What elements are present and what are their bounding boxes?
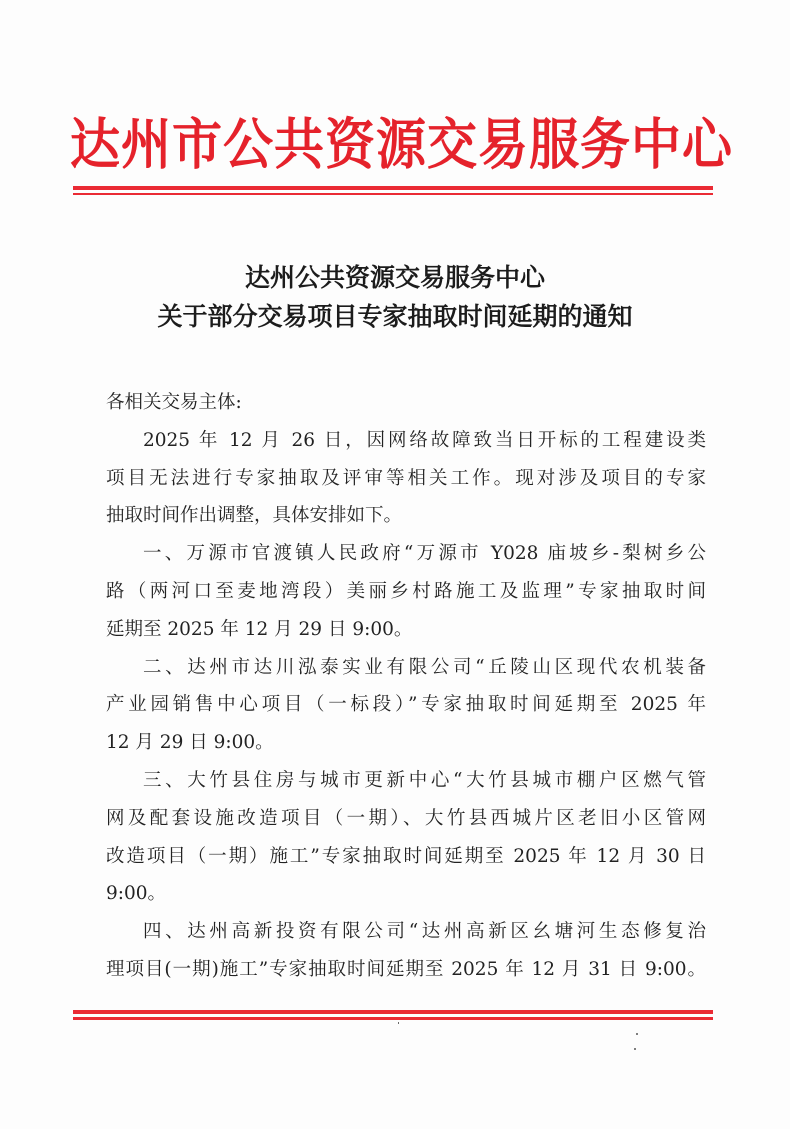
paragraph-line: 路（两河口至麦地湾段）美丽乡村路施工及监理”专家抽取时间	[106, 573, 706, 611]
masthead-org-name: 达州市公共资源交易服务中心	[70, 107, 720, 184]
scan-speck	[634, 1048, 636, 1050]
rule-thin-line	[73, 193, 713, 195]
paragraph-line: 9:00。	[106, 875, 706, 913]
intro-paragraph: 2025 年 12 月 26 日，因网络故障致当日开标的工程建设类 项目无法进行…	[106, 422, 706, 535]
notice-body: 各相关交易主体: 2025 年 12 月 26 日，因网络故障致当日开标的工程建…	[106, 384, 706, 989]
paragraph-line: 四、达州高新投资有限公司“达州高新区幺塘河生态修复治	[106, 913, 706, 951]
notice-title: 达州公共资源交易服务中心 关于部分交易项目专家抽取时间延期的通知	[60, 258, 730, 336]
paragraph-line: 二、达州市达川泓泰实业有限公司“丘陵山区现代农机装备	[106, 649, 706, 687]
paragraph-line: 产业园销售中心项目（一标段）”专家抽取时间延期至 2025 年	[106, 686, 706, 724]
paragraph-line: 一、万源市官渡镇人民政府“万源市 Y028 庙坡乡-梨树乡公	[106, 535, 706, 573]
paragraph-line: 延期至 2025 年 12 月 29 日 9:00。	[106, 611, 706, 649]
rule-thick-line	[73, 1017, 713, 1020]
salutation: 各相关交易主体:	[106, 384, 706, 422]
paragraph-line: 理项目(一期)施工”专家抽取时间延期至 2025 年 12 月 31 日 9:0…	[106, 951, 706, 989]
paragraph-line: 2025 年 12 月 26 日，因网络故障致当日开标的工程建设类	[106, 422, 706, 460]
title-line-2: 关于部分交易项目专家抽取时间延期的通知	[60, 297, 730, 336]
scan-speck	[636, 1033, 638, 1035]
paragraph-line: 12 月 29 日 9:00。	[106, 724, 706, 762]
paragraph-line: 三、大竹县住房与城市更新中心“大竹县城市棚户区燃气管	[106, 762, 706, 800]
item-1-paragraph: 一、万源市官渡镇人民政府“万源市 Y028 庙坡乡-梨树乡公 路（两河口至麦地湾…	[106, 535, 706, 648]
title-line-1: 达州公共资源交易服务中心	[60, 258, 730, 297]
item-2-paragraph: 二、达州市达川泓泰实业有限公司“丘陵山区现代农机装备 产业园销售中心项目（一标段…	[106, 649, 706, 762]
footer-double-rule	[73, 1010, 713, 1020]
paragraph-line: 抽取时间作出调整，具体安排如下。	[106, 497, 706, 535]
paragraph-line: 项目无法进行专家抽取及评审等相关工作。现对涉及项目的专家	[106, 460, 706, 498]
item-4-paragraph: 四、达州高新投资有限公司“达州高新区幺塘河生态修复治 理项目(一期)施工”专家抽…	[106, 913, 706, 989]
document-page: 达州市公共资源交易服务中心 达州公共资源交易服务中心 关于部分交易项目专家抽取时…	[0, 0, 790, 1129]
item-3-paragraph: 三、大竹县住房与城市更新中心“大竹县城市棚户区燃气管 网及配套设施改造项目（一期…	[106, 762, 706, 913]
masthead-double-rule	[73, 186, 713, 195]
paragraph-line: 网及配套设施改造项目（一期）、大竹县西城片区老旧小区管网	[106, 800, 706, 838]
scan-speck	[398, 1022, 399, 1024]
paragraph-line: 改造项目（一期）施工”专家抽取时间延期至 2025 年 12 月 30 日	[106, 838, 706, 876]
